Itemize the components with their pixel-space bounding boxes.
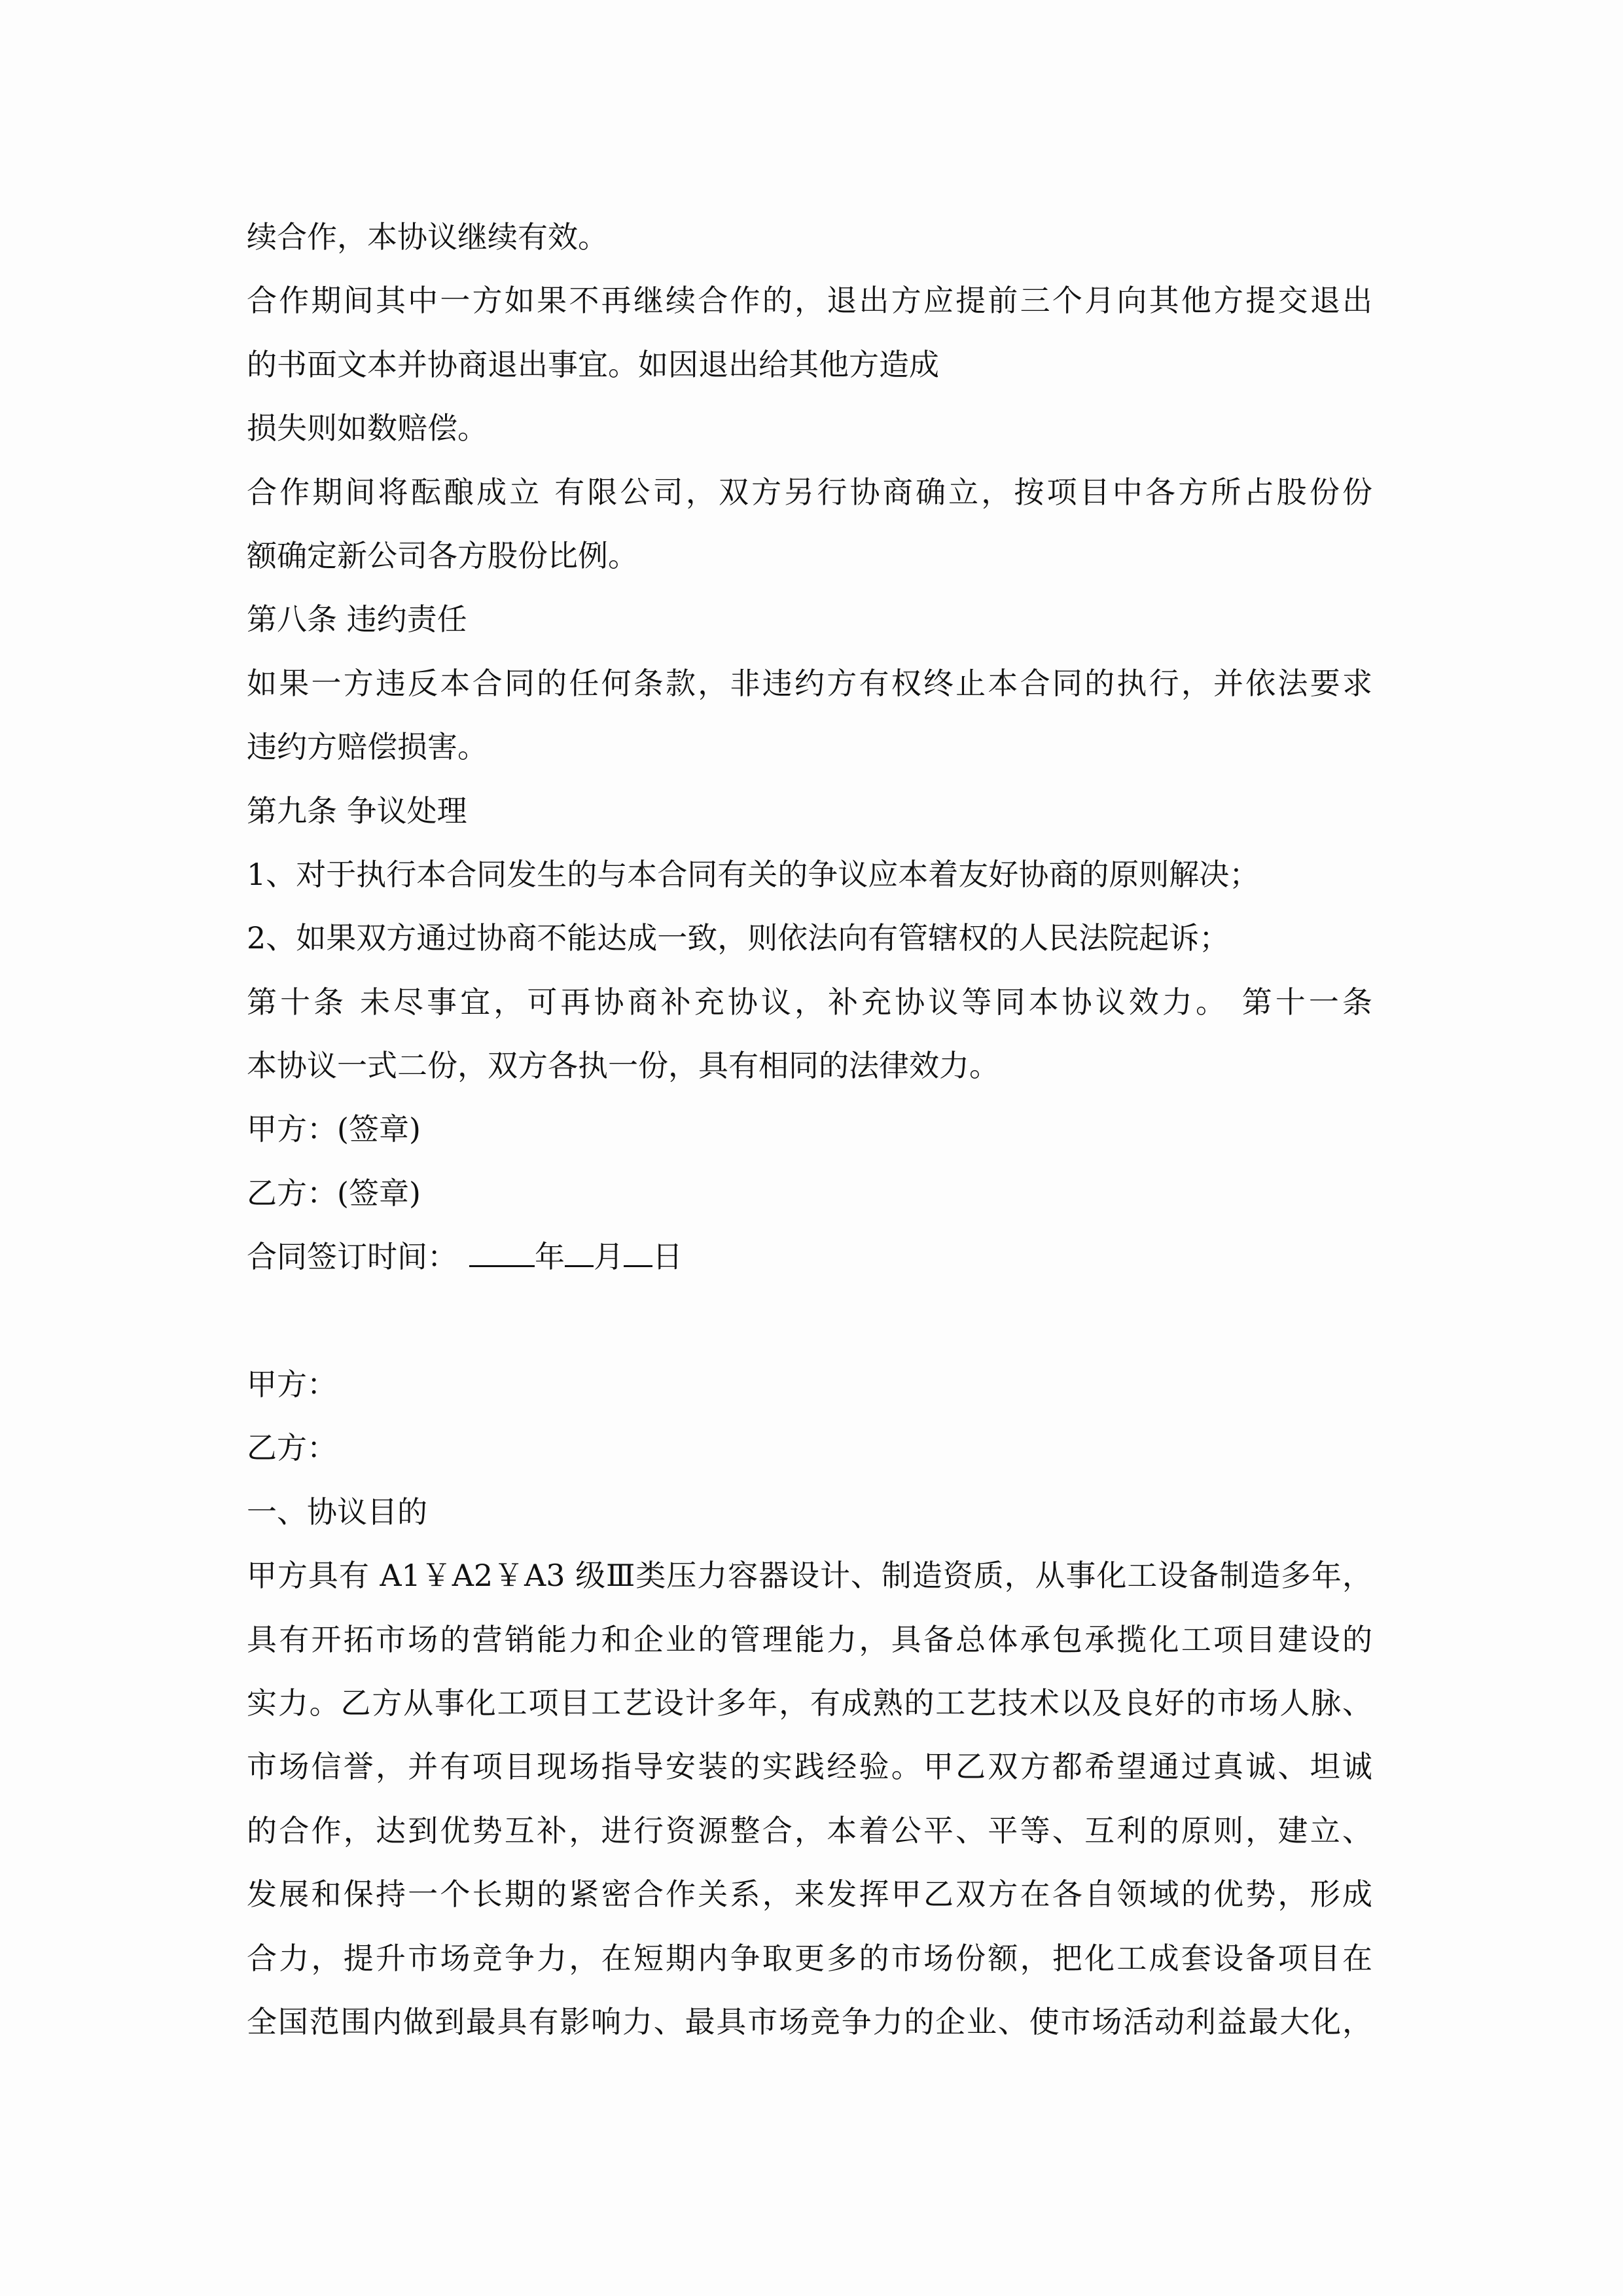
article-9-heading: 第九条 争议处理 — [247, 780, 1385, 843]
second-agreement-party-a: 甲方： — [247, 1353, 1385, 1416]
purpose-line: 的合作，达到优势互补，进行资源整合，本着公平、平等、互利的原则，建立、 — [247, 1799, 1372, 1863]
section-1-heading: 一、协议目的 — [247, 1480, 1385, 1544]
purpose-line: 发展和保持一个长期的紧密合作关系，来发挥甲乙双方在各自领域的优势，形成 — [247, 1863, 1372, 1926]
withdrawal-clause-line-2: 的书面文本并协商退出事宜。如因退出给其他方造成 — [247, 333, 1385, 397]
year-blank — [469, 1239, 535, 1267]
purpose-line: 实力。乙方从事化工项目工艺设计多年，有成熟的工艺技术以及良好的市场人脉、 — [247, 1672, 1372, 1735]
second-agreement-party-b: 乙方： — [247, 1416, 1385, 1480]
blank-line-spacer — [247, 1289, 1385, 1353]
purpose-line: 合力，提升市场竞争力，在短期内争取更多的市场份额，把化工成套设备项目在 — [247, 1927, 1372, 1990]
article-8-heading: 第八条 违约责任 — [247, 588, 1385, 651]
signing-date: 合同签订时间：年月日 — [247, 1225, 1385, 1289]
new-company-clause-line-1: 合作期间将酝酿成立 有限公司，双方另行协商确立，按项目中各方所占股份份 — [247, 461, 1372, 524]
month-unit: 月 — [594, 1239, 624, 1274]
purpose-line: 市场信誉，并有项目现场指导安装的实践经验。甲乙双方都希望通过真诚、坦诚 — [247, 1735, 1372, 1799]
article-10-11-line-1: 第十条 未尽事宜，可再协商补充协议，补充协议等同本协议效力。 第十一条 — [247, 971, 1372, 1034]
article-8-line-2: 违约方赔偿损害。 — [247, 715, 1385, 779]
withdrawal-clause-line-1: 合作期间其中一方如果不再继续合作的，退出方应提前三个月向其他方提交退出 — [247, 269, 1372, 332]
signing-date-label: 合同签订时间： — [247, 1239, 457, 1274]
purpose-line: 具有开拓市场的营销能力和企业的管理能力，具备总体承包承揽化工项目建设的 — [247, 1608, 1372, 1672]
article-9-item-2: 2、如果双方通过协商不能达成一致，则依法向有管辖权的人民法院起诉； — [247, 906, 1385, 970]
purpose-line: 全国范围内做到最具有影响力、最具市场竞争力的企业、使市场活动利益最大化， — [247, 1990, 1372, 2054]
day-unit: 日 — [652, 1239, 683, 1274]
withdrawal-clause-line-3: 损失则如数赔偿。 — [247, 397, 1385, 460]
article-8-line-1: 如果一方违反本合同的任何条款，非违约方有权终止本合同的执行，并依法要求 — [247, 652, 1372, 715]
article-11-line-2: 本协议一式二份，双方各执一份，具有相同的法律效力。 — [247, 1034, 1385, 1098]
party-b-signature: 乙方：(签章) — [247, 1162, 1385, 1225]
document-body: 续合作，本协议继续有效。 合作期间其中一方如果不再继续合作的，退出方应提前三个月… — [247, 206, 1385, 2054]
continuation-text: 续合作，本协议继续有效。 — [247, 206, 1385, 269]
month-blank — [565, 1239, 594, 1267]
purpose-line: 甲方具有 A1￥A2￥A3 级Ⅲ类压力容器设计、制造资质，从事化工设备制造多年， — [247, 1544, 1372, 1607]
document-page: 续合作，本协议继续有效。 合作期间其中一方如果不再继续合作的，退出方应提前三个月… — [0, 0, 1623, 2296]
day-blank — [624, 1239, 652, 1267]
new-company-clause-line-2: 额确定新公司各方股份比例。 — [247, 524, 1385, 588]
party-a-signature: 甲方：(签章) — [247, 1098, 1385, 1161]
year-unit: 年 — [535, 1239, 565, 1274]
article-9-item-1: 1、对于执行本合同发生的与本合同有关的争议应本着友好协商的原则解决； — [247, 843, 1385, 906]
